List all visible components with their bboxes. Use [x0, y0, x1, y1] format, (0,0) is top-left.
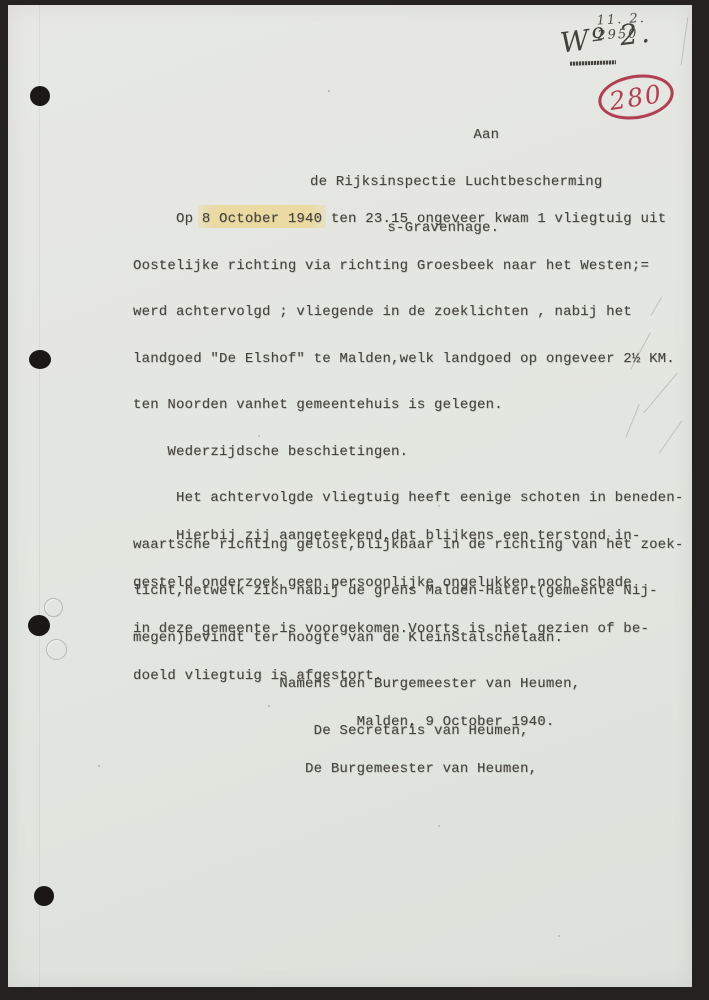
red-number-stamp: 280: [595, 69, 677, 124]
punch-hole-4: [34, 886, 54, 906]
punch-hole-2: [29, 350, 51, 369]
addendum-line: doeld vliegtuig is afgestort.: [133, 669, 649, 685]
scan-background: 11. 2. 2950 Wº 2. 280 Aan de Rijksinspec…: [0, 0, 709, 1000]
addendum-signature-line: De Burgemeester van Heumen,: [133, 762, 649, 778]
report-line: ten Noorden vanhet gemeentehuis is geleg…: [133, 398, 684, 414]
punch-hole-3: [28, 615, 50, 636]
pencil-note: Wº 2.: [558, 15, 654, 59]
highlighted-date: 8 October 1940: [198, 205, 326, 228]
pencil-note-underline: [570, 60, 616, 66]
fold-line: [39, 5, 40, 987]
report-line: Wederzijdsche beschietingen.: [133, 445, 684, 461]
date-suffix: ten 23.15 ongeveer kwam 1 vliegtuig uit: [322, 211, 666, 227]
report-line: Oostelijke richting via richting Groesbe…: [133, 259, 684, 275]
addendum-line: gesteld onderzoek geen persoonlijke onge…: [133, 576, 649, 592]
addendum-dateline: Malden, 9 October 1940.: [133, 715, 649, 731]
paper-specks: [328, 90, 330, 92]
embossed-ring-2: [46, 639, 67, 660]
document-page: 11. 2. 2950 Wº 2. 280 Aan de Rijksinspec…: [8, 5, 692, 987]
addendum-line: in deze gemeente is voorgekomen.Voorts i…: [133, 622, 649, 638]
embossed-ring-1: [44, 598, 63, 617]
punch-hole-1: [30, 86, 50, 106]
stamp-number: 280: [607, 78, 665, 115]
report-line: werd achtervolgd ; vliegende in de zoekl…: [133, 305, 684, 321]
addendum-line: Hierbij zij aangeteekend,dat blijkens ee…: [133, 529, 649, 545]
report-line: landgoed "De Elshof" te Malden,welk land…: [133, 352, 684, 368]
address-line: Aan: [310, 128, 602, 144]
report-line: Op 8 October 1940 ten 23.15 ongeveer kwa…: [133, 212, 684, 228]
date-prefix: Op: [133, 211, 202, 227]
addendum-paragraph: Hierbij zij aangeteekend,dat blijkens ee…: [133, 498, 649, 808]
